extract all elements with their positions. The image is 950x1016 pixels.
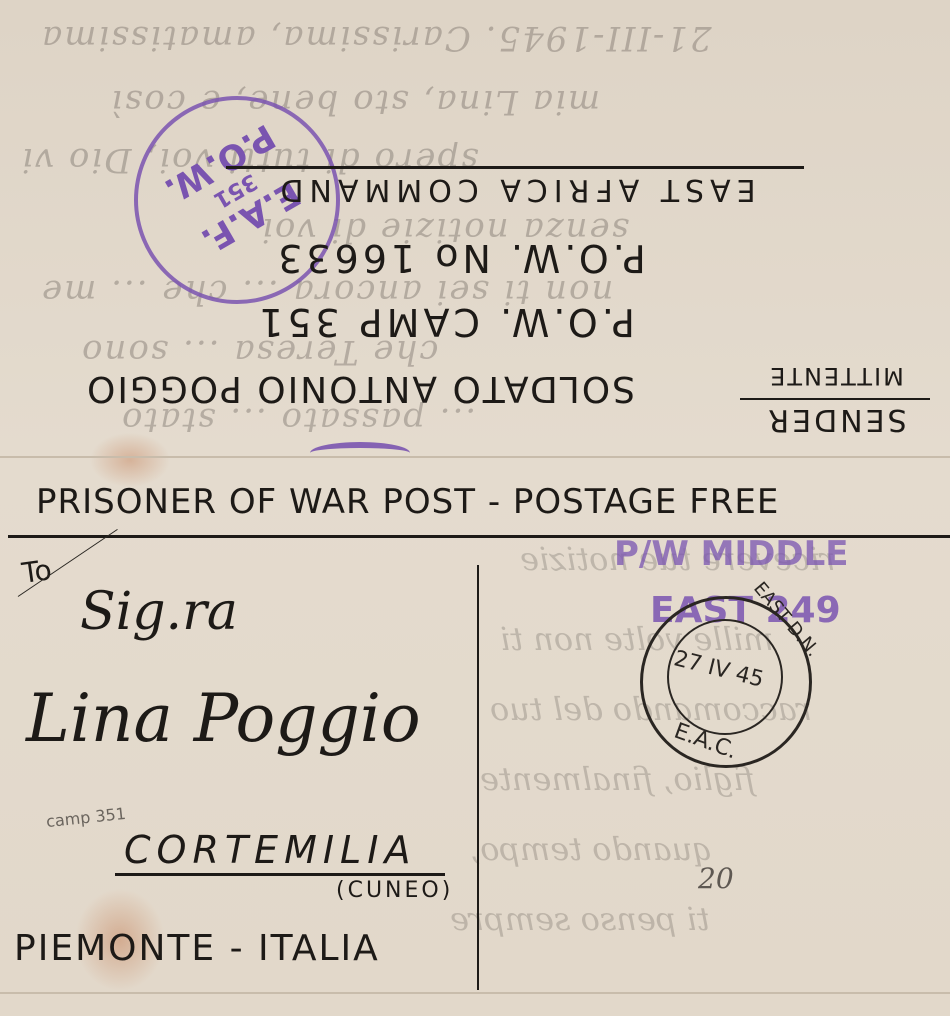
postmark: 27 IV 45 EAST D.N. E.A.C. — [640, 596, 812, 768]
rule — [740, 398, 930, 400]
sender-command: EAST AFRICA COMMAND — [226, 172, 804, 207]
stamp-fragment — [310, 442, 410, 464]
pencil-number: 20 — [698, 862, 734, 895]
letter-line-bleed: quando tempo, — [470, 830, 713, 868]
rule — [226, 166, 804, 169]
address-province: (CUNEO) — [336, 878, 453, 903]
fold-line — [0, 456, 950, 458]
address-region-country: PIEMONTE - ITALIA — [14, 928, 380, 969]
sender-pow-number: P.O.W. No 16633 — [240, 236, 680, 280]
address-town: CORTEMILIA — [124, 828, 416, 872]
pow-post-header: PRISONER OF WAR POST - POSTAGE FREE — [36, 482, 779, 522]
sender-label-en: SENDER — [746, 402, 926, 437]
town-underline — [115, 873, 445, 876]
fold-line — [0, 992, 950, 994]
address-title: Sig.ra — [80, 582, 238, 642]
sender-camp: P.O.W. CAMP 351 — [230, 300, 660, 344]
address-divider — [477, 565, 479, 990]
sender-name: SOLDATO ANTONIO POGGIO — [40, 368, 680, 409]
censor-stamp-line1: P/W MIDDLE — [614, 534, 849, 574]
sender-label-it: MITTENTE — [736, 362, 936, 390]
letter-line: 21-III-1945. Carissima, amatissima — [40, 18, 712, 58]
address-name: Lina Poggio — [26, 680, 421, 757]
letter-line-bleed: ti penso sempre — [450, 900, 710, 938]
